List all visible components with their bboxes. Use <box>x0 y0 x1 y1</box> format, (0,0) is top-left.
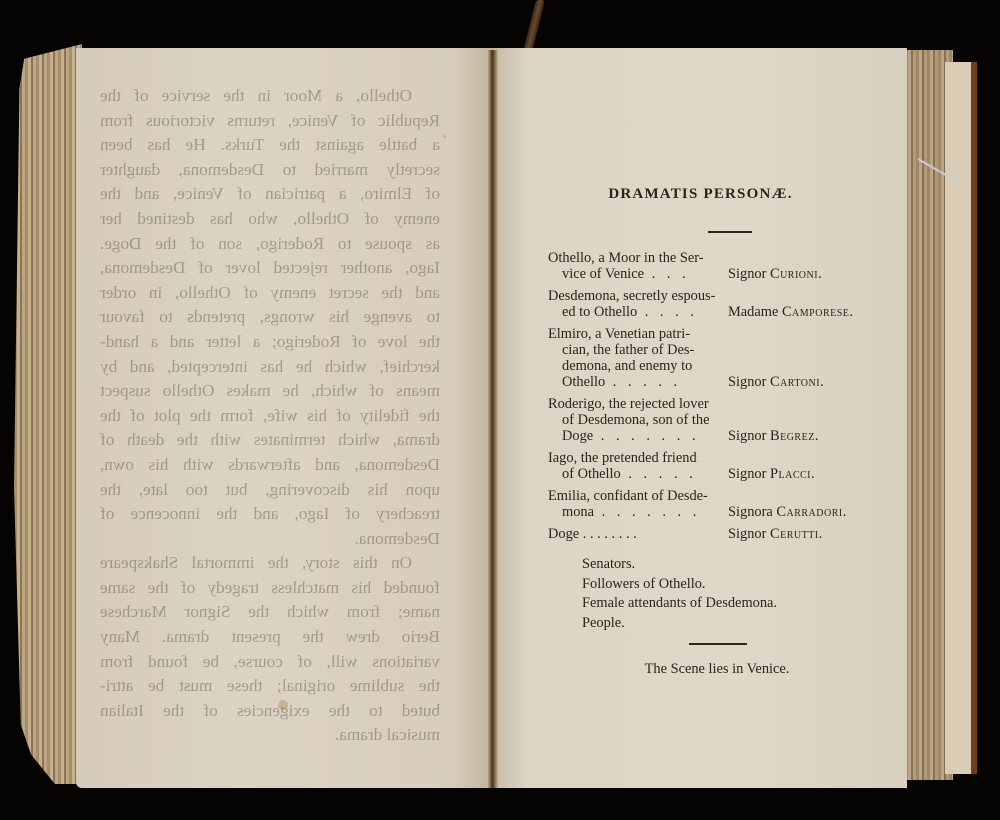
show-through-text: Othello, a Moor in the service of theRep… <box>100 84 440 748</box>
performer-surname: Cartoni. <box>770 374 824 390</box>
role-line: cian, the father of Des- <box>548 342 720 358</box>
leader-dots: . . . . . . . <box>594 504 700 520</box>
performer-name: Signor Placci. <box>720 466 815 482</box>
show-through-line: variations will, of course, be found fro… <box>100 650 440 675</box>
show-through-line: to avenge his wrongs, pretends to favour <box>100 305 440 330</box>
role-description: Elmiro, a Venetian patri-cian, the fathe… <box>548 326 720 390</box>
open-book: Othello, a Moor in the service of theRep… <box>0 0 1000 820</box>
divider-rule <box>689 643 747 645</box>
cast-entry: Othello, a Moor in the Ser-vice of Venic… <box>548 250 888 282</box>
cast-entry: Doge . . . . . . . .Signor Cerutti. <box>548 526 888 542</box>
performer-surname: Begrez. <box>770 428 819 444</box>
performer-title: Signora <box>728 504 776 520</box>
performer-name: Signor Cerutti. <box>720 526 823 542</box>
right-cover-flyleaf <box>945 62 977 774</box>
role-line: of Desdemona, son of the <box>548 412 720 428</box>
leader-dots: . . . <box>644 266 690 282</box>
show-through-line: On this story, the immortal Shakspeare <box>100 551 440 576</box>
show-through-line: Iago, another rejected lover of Desdemon… <box>100 256 440 281</box>
role-line: of Othello <box>562 466 621 482</box>
performer-title: Signor <box>728 266 770 282</box>
performer-name: Signor Curioni. <box>720 266 822 282</box>
show-through-line: musical drama. <box>100 723 440 748</box>
performer-surname: Cerutti. <box>770 526 823 542</box>
show-through-line: upon his discovering, but too late, the <box>100 478 440 503</box>
divider-rule <box>708 231 752 233</box>
show-through-line: enemy of Othello, who has destined her <box>100 207 440 232</box>
performer-title: Signor <box>728 428 770 444</box>
show-through-line: kerchief, which he has intercepted, and … <box>100 355 440 380</box>
leader-dots: . . . . . . . . <box>579 526 637 542</box>
performer-surname: Carradori. <box>776 504 846 520</box>
show-through-line: the fidelity of his wife, form the plot … <box>100 404 440 429</box>
performer-title: Signor <box>728 466 770 482</box>
show-through-line: name; from which the Signor Marchese <box>100 600 440 625</box>
show-through-line: the love of Roderigo; a letter and a han… <box>100 330 440 355</box>
role-description: Othello, a Moor in the Ser-vice of Venic… <box>548 250 720 282</box>
show-through-line: Desdemona, and afterwards with his own, <box>100 453 440 478</box>
performer-title: Signor <box>728 374 770 390</box>
show-through-line: of Elmiro, a patrician of Venice, and th… <box>100 182 440 207</box>
role-line: ed to Othello <box>562 304 637 320</box>
scene-note: The Scene lies in Venice. <box>494 661 940 678</box>
performer-title: Signor <box>728 526 770 542</box>
role-line: Emilia, confidant of Desde- <box>548 488 720 504</box>
leader-dots: . . . . . <box>605 374 681 390</box>
role-description: Emilia, confidant of Desde-mona . . . . … <box>548 488 720 520</box>
cast-entry: Iago, the pretended friendof Othello . .… <box>548 450 888 482</box>
role-line: vice of Venice <box>562 266 644 282</box>
role-description: Desdemona, secretly espous-ed to Othello… <box>548 288 720 320</box>
show-through-line: drama, which terminates with the death o… <box>100 428 440 453</box>
role-description: Doge . . . . . . . . <box>548 526 720 542</box>
foxing-spot <box>443 135 446 138</box>
role-line: demona, and enemy to <box>548 358 720 374</box>
role-line: Othello, a Moor in the Ser- <box>548 250 720 266</box>
extra-role: Senators. <box>582 555 777 575</box>
cast-entry: Desdemona, secretly espous-ed to Othello… <box>548 288 888 320</box>
page-title: DRAMATIS PERSONÆ. <box>494 186 907 203</box>
show-through-line: founded his matchless tragedy of the sam… <box>100 576 440 601</box>
role-description: Iago, the pretended friendof Othello . .… <box>548 450 720 482</box>
show-through-line: a battle against the Turks. He has been <box>100 133 440 158</box>
show-through-line: treachery of Iago, and the innocence of <box>100 502 440 527</box>
performer-title: Madame <box>728 304 782 320</box>
extra-role: People. <box>582 614 777 634</box>
cast-entry: Roderigo, the rejected loverof Desdemona… <box>548 396 888 444</box>
cast-list: Othello, a Moor in the Ser-vice of Venic… <box>548 250 888 548</box>
leader-dots: . . . . . <box>621 466 697 482</box>
cast-entry: Emilia, confidant of Desde-mona . . . . … <box>548 488 888 520</box>
performer-surname: Camporese. <box>782 304 854 320</box>
extra-role: Followers of Othello. <box>582 575 777 595</box>
role-line: Roderigo, the rejected lover <box>548 396 720 412</box>
show-through-line: secretly married to Desdemona, daughter <box>100 158 440 183</box>
role-line: Othello <box>562 374 605 390</box>
performer-name: Signor Begrez. <box>720 428 819 444</box>
performer-surname: Placci. <box>770 466 815 482</box>
role-line: Doge <box>548 526 579 542</box>
show-through-line: as spouse to Roderigo, son of the Doge. <box>100 232 440 257</box>
show-through-line: Othello, a Moor in the service of the <box>100 84 440 109</box>
role-line: Iago, the pretended friend <box>548 450 720 466</box>
show-through-line: and the secret enemy of Othello, in orde… <box>100 281 440 306</box>
role-line: Desdemona, secretly espous- <box>548 288 720 304</box>
leader-dots: . . . . . . . <box>593 428 699 444</box>
cast-entry: Elmiro, a Venetian patri-cian, the fathe… <box>548 326 888 390</box>
show-through-line: buted to the exigencies of the Italian <box>100 699 440 724</box>
left-page-edges <box>14 44 82 784</box>
show-through-line: means of which, he makes Othello suspect <box>100 379 440 404</box>
performer-name: Signora Carradori. <box>720 504 847 520</box>
performer-name: Madame Camporese. <box>720 304 854 320</box>
show-through-line: Desdemona. <box>100 527 440 552</box>
show-through-line: the sublime original; these must be attr… <box>100 674 440 699</box>
leader-dots: . . . . <box>637 304 698 320</box>
supporting-roles: Senators. Followers of Othello. Female a… <box>582 555 777 633</box>
role-line: mona <box>562 504 594 520</box>
performer-surname: Curioni. <box>770 266 822 282</box>
extra-role: Female attendants of Desdemona. <box>582 594 777 614</box>
show-through-line: Republic of Venice, returns victorious f… <box>100 109 440 134</box>
performer-name: Signor Cartoni. <box>720 374 824 390</box>
show-through-line: Berio drew the present drama. Many <box>100 625 440 650</box>
role-line: Elmiro, a Venetian patri- <box>548 326 720 342</box>
role-description: Roderigo, the rejected loverof Desdemona… <box>548 396 720 444</box>
role-line: Doge <box>562 428 593 444</box>
